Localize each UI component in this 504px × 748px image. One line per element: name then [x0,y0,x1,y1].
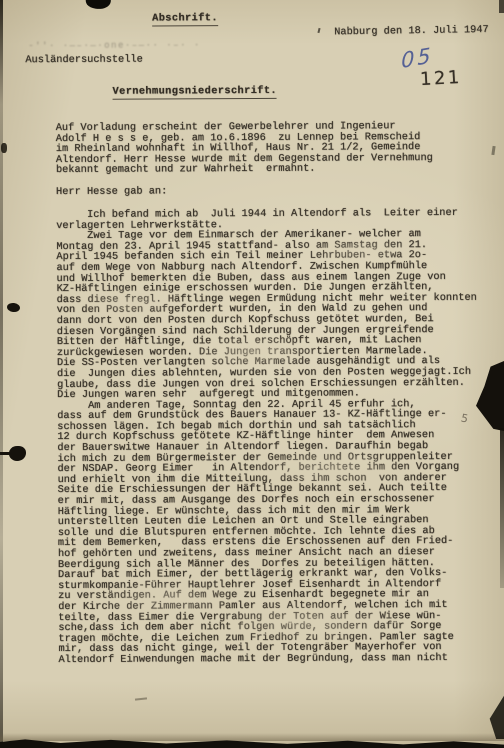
document-heading: Vernehmungsniederschrift. [112,86,277,97]
office-name: Ausländersuchstelle [25,55,142,66]
place-date-line: Nabburg den 18. Juli 1947 [334,25,489,38]
statement-text: Ich befand mich ab Juli 1944 in Altendor… [56,208,479,666]
statement-lead: Herr Hesse gab an: [56,186,167,197]
faded-stamp-line: -''· ·—–·—·one·–—·· ·–· · [28,40,201,51]
intro-paragraph: Auf Vorladung erscheint der Gewerbelehre… [56,121,433,176]
left-edge-mark [1,143,7,153]
top-right-edge-notch [499,0,504,13]
document-content: Abschrift. Nabburg den 18. Juli 1947 -''… [0,0,504,748]
right-scan-edge [500,428,504,588]
document-heading-text: Vernehmungsniederschrift. [112,85,277,100]
left-scan-edge [0,0,3,748]
scanned-document: Abschrift. Nabburg den 18. Juli 1947 -''… [0,0,504,748]
doc-type-heading: Abschrift. [152,13,218,24]
handwritten-page-number: 121 [419,67,462,90]
bottom-edge-shadow [0,733,504,741]
doc-type-heading-text: Abschrift. [152,12,218,26]
